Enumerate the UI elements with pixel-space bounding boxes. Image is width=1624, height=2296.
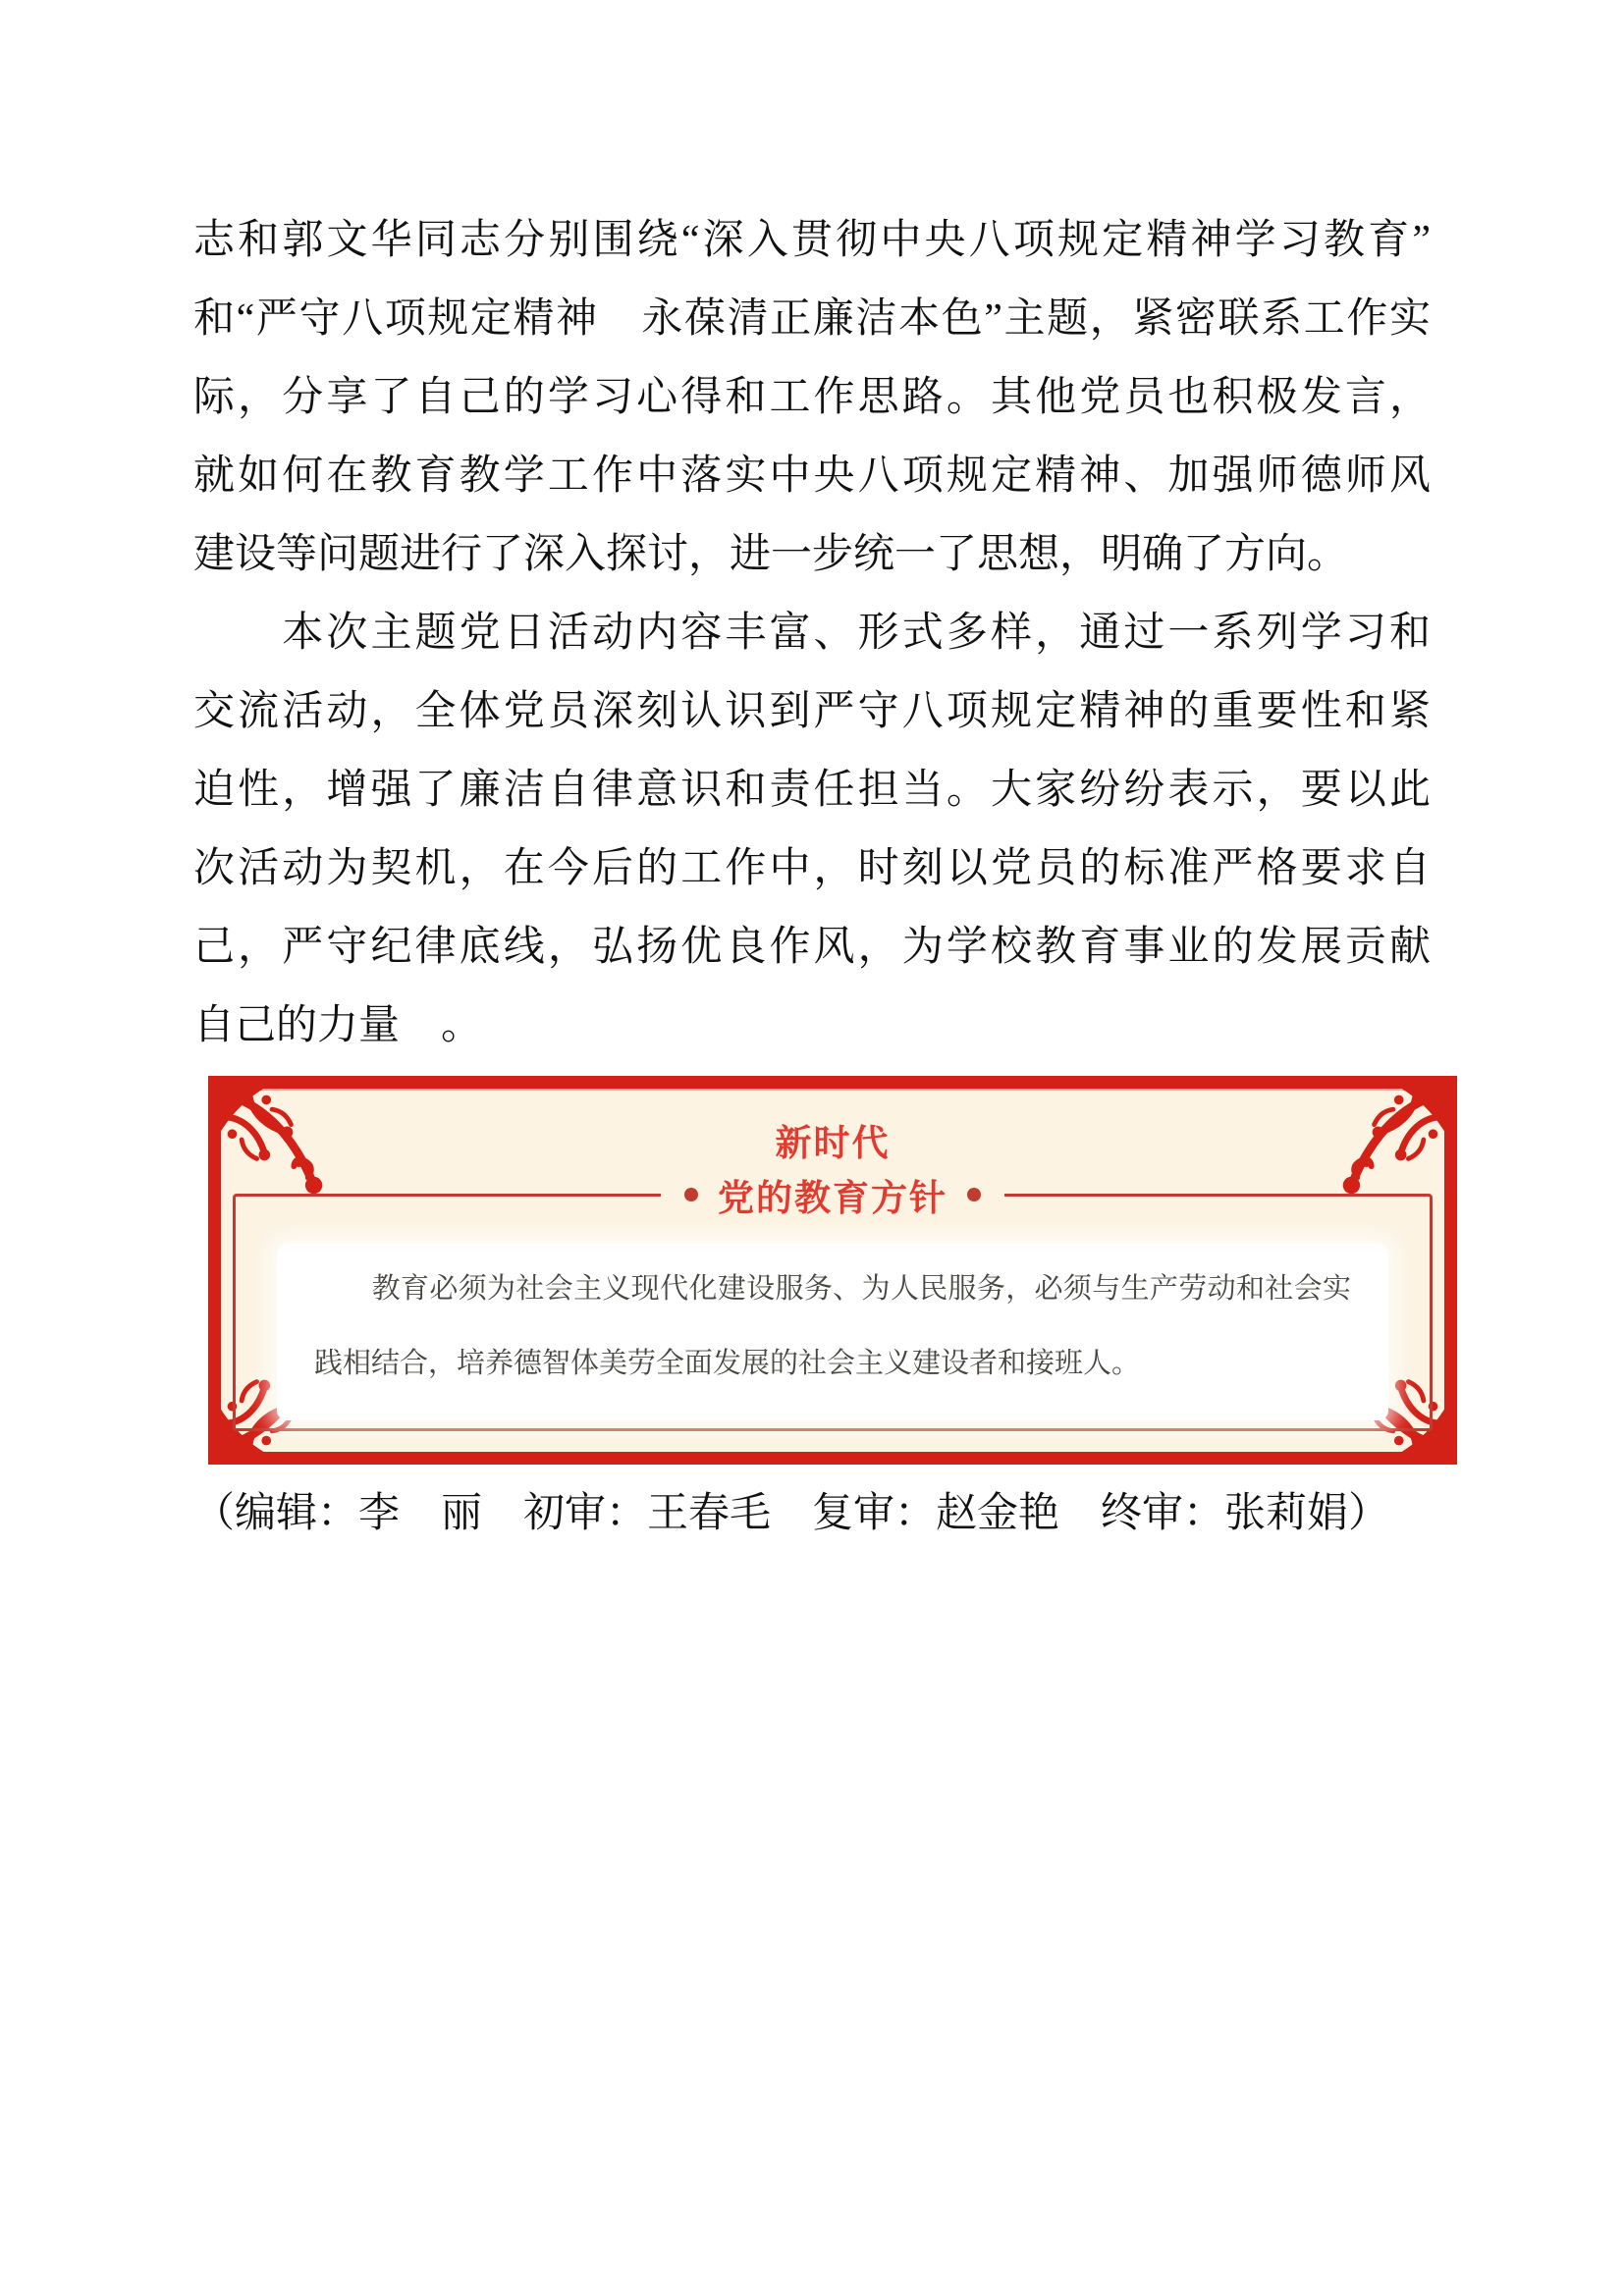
rule-dot-right (967, 1188, 981, 1201)
text-line: 次活动为契机，在今后的工作中，时刻以党员的标准严格要求自 (193, 829, 1431, 908)
text-line: 志和郭文华同志分别围绕“深入贯彻中央八项规定精神学习教育” (193, 201, 1431, 280)
banner-title-new-era: 新时代 (221, 1118, 1444, 1169)
text-line: 自己的力量 。 (193, 987, 1431, 1065)
banner-text-line: 践相结合，培养德智体美劳全面发展的社会主义建设者和接班人。 (314, 1326, 1351, 1401)
banner-title-policy-label: 党的教育方针 (661, 1168, 1004, 1221)
body-text: 志和郭文华同志分别围绕“深入贯彻中央八项规定精神学习教育” 和“严守八项规定精神… (193, 201, 1431, 1065)
policy-banner: 新时代 党的教育方针 教育必须为社会主义现代化建设服务、为人民服务，必须与生产劳… (208, 1076, 1457, 1465)
text-line: 就如何在教育教学工作中落实中央八项规定精神、加强师德师风 (193, 437, 1431, 515)
text-line: 建设等问题进行了深入探讨，进一步统一了思想，明确了方向。 (193, 515, 1431, 594)
banner-text-line: 教育必须为社会主义现代化建设服务、为人民服务，必须与生产劳动和社会实 (314, 1252, 1351, 1326)
credits-line: （编辑：李 丽 初审：王春毛 复审：赵金艳 终审：张莉娟） (193, 1474, 1431, 1553)
text-line: 本次主题党日活动内容丰富、形式多样，通过一系列学习和 (193, 594, 1431, 672)
text-line: 迫性，增强了廉洁自律意识和责任担当。大家纷纷表示，要以此 (193, 751, 1431, 829)
text-line: 交流活动，全体党员深刻认识到严守八项规定精神的重要性和紧 (193, 672, 1431, 751)
rule-dot-left (684, 1188, 698, 1201)
text-line: 和“严守八项规定精神 永葆清正廉洁本色”主题，紧密联系工作实 (193, 280, 1431, 358)
text-line: 己，严守纪律底线，弘扬优良作风，为学校教育事业的发展贡献 (193, 908, 1431, 987)
banner-title-policy: 党的教育方针 (718, 1168, 947, 1221)
text-line: 际，分享了自己的学习心得和工作思路。其他党员也积极发言， (193, 358, 1431, 437)
banner-inner-frame: 党的教育方针 教育必须为社会主义现代化建设服务、为人民服务，必须与生产劳动和社会… (233, 1194, 1433, 1431)
page: 志和郭文华同志分别围绕“深入贯彻中央八项规定精神学习教育” 和“严守八项规定精神… (0, 0, 1624, 2296)
banner-content-box: 教育必须为社会主义现代化建设服务、为人民服务，必须与生产劳动和社会实 践相结合，… (277, 1244, 1388, 1420)
